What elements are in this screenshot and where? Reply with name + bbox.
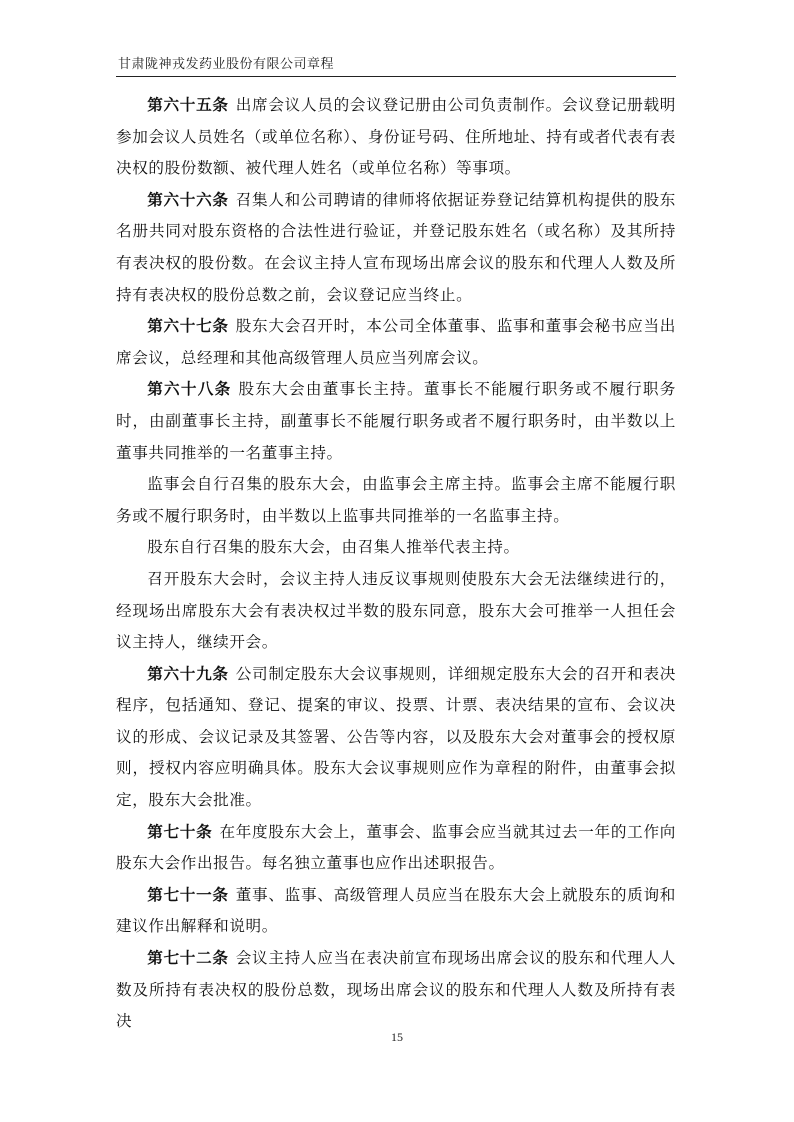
- article-66: 第六十六条召集人和公司聘请的律师将依据证券登记结算机构提供的股东名册共同对股东资…: [116, 185, 676, 311]
- document-body: 第六十五条出席会议人员的会议登记册由公司负责制作。会议登记册载明参加会议人员姓名…: [116, 90, 676, 1038]
- article-number: 第七十二条: [147, 949, 229, 967]
- page-number: 15: [0, 1030, 794, 1045]
- article-number: 第六十五条: [147, 96, 229, 114]
- article-69: 第六十九条公司制定股东大会议事规则，详细规定股东大会的召开和表决程序，包括通知、…: [116, 659, 676, 817]
- article-68-clause-4: 召开股东大会时，会议主持人违反议事规则使股东大会无法继续进行的，经现场出席股东大…: [116, 564, 676, 659]
- article-68-clause-3: 股东自行召集的股东大会，由召集人推举代表主持。: [116, 532, 676, 564]
- article-70: 第七十条在年度股东大会上，董事会、监事会应当就其过去一年的工作向股东大会作出报告…: [116, 817, 676, 880]
- document-title: 甘肃陇神戎发药业股份有限公司章程: [118, 53, 334, 72]
- paragraph-text: 召开股东大会时，会议主持人违反议事规则使股东大会无法继续进行的，经现场出席股东大…: [116, 570, 676, 651]
- article-65: 第六十五条出席会议人员的会议登记册由公司负责制作。会议登记册载明参加会议人员姓名…: [116, 90, 676, 185]
- article-71: 第七十一条董事、监事、高级管理人员应当在股东大会上就股东的质询和建议作出解释和说…: [116, 880, 676, 943]
- article-68: 第六十八条股东大会由董事长主持。董事长不能履行职务或不履行职务时，由副董事长主持…: [116, 374, 676, 469]
- page-header: 甘肃陇神戎发药业股份有限公司章程: [116, 52, 676, 77]
- article-text: 公司制定股东大会议事规则，详细规定股东大会的召开和表决程序，包括通知、登记、提案…: [116, 665, 676, 809]
- article-number: 第七十一条: [147, 886, 229, 904]
- paragraph-text: 股东自行召集的股东大会，由召集人推举代表主持。: [147, 538, 519, 556]
- article-72: 第七十二条会议主持人应当在表决前宣布现场出席会议的股东和代理人人数及所持有表决权…: [116, 943, 676, 1038]
- paragraph-text: 监事会自行召集的股东大会，由监事会主席主持。监事会主席不能履行职务或不履行职务时…: [116, 475, 676, 525]
- article-number: 第六十八条: [147, 380, 231, 398]
- article-number: 第六十六条: [147, 191, 229, 209]
- article-number: 第六十九条: [147, 665, 229, 683]
- article-67: 第六十七条股东大会召开时，本公司全体董事、监事和董事会秘书应当出席会议，总经理和…: [116, 311, 676, 374]
- article-68-clause-2: 监事会自行召集的股东大会，由监事会主席主持。监事会主席不能履行职务或不履行职务时…: [116, 469, 676, 532]
- article-number: 第七十条: [147, 823, 212, 841]
- article-number: 第六十七条: [147, 317, 229, 335]
